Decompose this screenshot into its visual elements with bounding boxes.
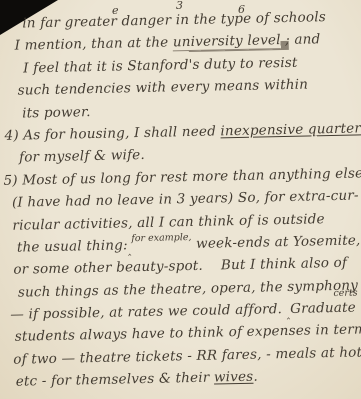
segment-underline: wives: [214, 369, 254, 386]
segment-insert-below: certs: [333, 288, 357, 298]
text-segment: week-ends at Yosemite, Sequoia: [191, 231, 361, 252]
segment-insert-above: for example,: [131, 233, 191, 243]
text-segment: in far greater danger in the type of sch…: [22, 9, 326, 31]
segment-underline: inexpensive quarters: [220, 120, 361, 139]
text-segment: etc - for themselves & their: [16, 370, 215, 390]
text-segment: (I have had no leave in 3 years) So, for…: [12, 188, 359, 211]
segment-caret: ‸: [286, 304, 290, 326]
text-segment: I mention, than at the: [15, 35, 173, 54]
manuscript-page: e 3 6 in far greater danger in the type …: [0, 0, 361, 399]
text-segment: — if possible, at rates we could afford.: [10, 301, 287, 323]
text-segment: .: [253, 369, 258, 385]
text-segment: 4) As for housing, I shall need: [4, 123, 220, 144]
text-segment: Graduate: [290, 300, 356, 317]
text-segment: for myself & wife.: [19, 147, 145, 166]
text-segment: I feel that it is Stanford's duty to res…: [23, 55, 298, 77]
text-segment: its power.: [22, 104, 91, 121]
text-segment: ricular activities, all I can think of i…: [12, 211, 325, 234]
text-segment: ; and: [280, 32, 320, 49]
segment-pencil-underline: university level: [173, 32, 281, 51]
manuscript-body: in far greater danger in the type of sch…: [0, 5, 361, 394]
text-segment: of two — theatre tickets - RR fares, - m…: [13, 344, 361, 368]
text-segment: the usual thing:: [17, 237, 128, 255]
text-segment: or some other beauty-spot. But I think a…: [13, 255, 347, 278]
text-segment: such tendencies with every means within: [17, 77, 308, 99]
